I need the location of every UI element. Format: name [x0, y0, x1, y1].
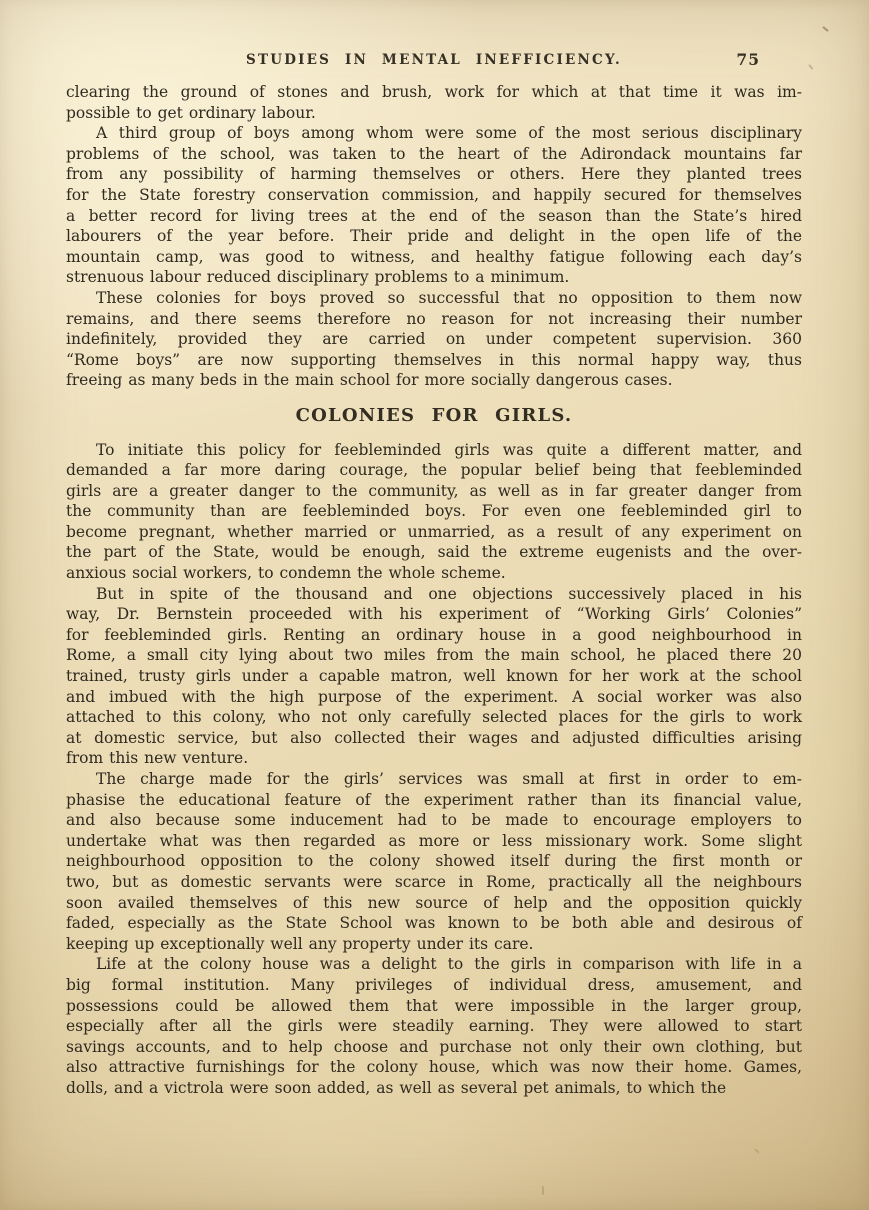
text-line: The charge made for the girls’ services … [66, 769, 802, 790]
text-line: girls are a greater danger to the commun… [66, 481, 802, 502]
paragraph: To initiate this policy for feebleminded… [66, 440, 802, 584]
text-line: from any possibility of harming themselv… [66, 164, 802, 185]
paper-speck [542, 1186, 544, 1195]
text-line: at domestic service, but also collected … [66, 728, 802, 749]
paper-speck [754, 1148, 760, 1153]
text-line: a better record for living trees at the … [66, 206, 802, 227]
scanned-book-page: STUDIES IN MENTAL INEFFICIENCY. 75 clear… [0, 0, 869, 1210]
text-line: undertake what was then regarded as more… [66, 831, 802, 852]
text-line: trained, trusty girls under a capable ma… [66, 666, 802, 687]
paragraph: The charge made for the girls’ services … [66, 769, 802, 954]
text-line: possible to get ordinary labour. [66, 103, 802, 124]
text-line: for the State forestry conservation comm… [66, 185, 802, 206]
text-line: from this new venture. [66, 748, 802, 769]
text-line: possessions could be allowed them that w… [66, 996, 802, 1017]
text-line: “Rome boys” are now supporting themselve… [66, 350, 802, 371]
paper-speck [822, 26, 829, 32]
text-line: become pregnant, whether married or unma… [66, 522, 802, 543]
text-line: and imbued with the high purpose of the … [66, 687, 802, 708]
paragraph: clearing the ground of stones and brush,… [66, 82, 802, 123]
paragraph: But in spite of the thousand and one obj… [66, 584, 802, 769]
text-line: mountain camp, was good to witness, and … [66, 247, 802, 268]
text-line: dolls, and a victrola were soon added, a… [66, 1078, 802, 1099]
text-line: anxious social workers, to condemn the w… [66, 563, 802, 584]
text-line: the community than are feebleminded boys… [66, 501, 802, 522]
paper-speck [808, 64, 813, 70]
text-line: and also because some inducement had to … [66, 810, 802, 831]
text-line: also attractive furnishings for the colo… [66, 1057, 802, 1078]
text-line: attached to this colony, who not only ca… [66, 707, 802, 728]
text-line: problems of the school, was taken to the… [66, 144, 802, 165]
text-line: faded, especially as the State School wa… [66, 913, 802, 934]
text-line: clearing the ground of stones and brush,… [66, 82, 802, 103]
text-line: big formal institution. Many privileges … [66, 975, 802, 996]
text-line: the part of the State, would be enough, … [66, 542, 802, 563]
text-line: Rome, a small city lying about two miles… [66, 645, 802, 666]
page-body: clearing the ground of stones and brush,… [66, 82, 802, 1099]
text-line: especially after all the girls were stea… [66, 1016, 802, 1037]
section-heading: COLONIES FOR GIRLS. [66, 406, 802, 427]
text-line: freeing as many beds in the main school … [66, 370, 802, 391]
text-line: To initiate this policy for feebleminded… [66, 440, 802, 461]
text-line: two, but as domestic servants were scarc… [66, 872, 802, 893]
text-line: soon availed themselves of this new sour… [66, 893, 802, 914]
text-line: Life at the colony house was a delight t… [66, 954, 802, 975]
text-line: for feebleminded girls. Renting an ordin… [66, 625, 802, 646]
text-line: remains, and there seems therefore no re… [66, 309, 802, 330]
paragraph: These colonies for boys proved so succes… [66, 288, 802, 391]
text-line: phasise the educational feature of the e… [66, 790, 802, 811]
text-line: But in spite of the thousand and one obj… [66, 584, 802, 605]
text-line: way, Dr. Bernstein proceeded with his ex… [66, 604, 802, 625]
text-line: neighbourhood opposition to the colony s… [66, 851, 802, 872]
text-line: keeping up exceptionally well any proper… [66, 934, 802, 955]
paragraph: Life at the colony house was a delight t… [66, 954, 802, 1098]
text-line: These colonies for boys proved so succes… [66, 288, 802, 309]
paragraph: A third group of boys among whom were so… [66, 123, 802, 288]
text-line: savings accounts, and to help choose and… [66, 1037, 802, 1058]
running-head: STUDIES IN MENTAL INEFFICIENCY. 75 [66, 52, 802, 74]
running-head-title: STUDIES IN MENTAL INEFFICIENCY. [66, 52, 802, 68]
text-line: strenuous labour reduced disciplinary pr… [66, 267, 802, 288]
text-line: labourers of the year before. Their prid… [66, 226, 802, 247]
text-line: demanded a far more daring courage, the … [66, 460, 802, 481]
text-line: A third group of boys among whom were so… [66, 123, 802, 144]
text-line: indefinitely, provided they are carried … [66, 329, 802, 350]
page-number: 75 [736, 50, 760, 69]
